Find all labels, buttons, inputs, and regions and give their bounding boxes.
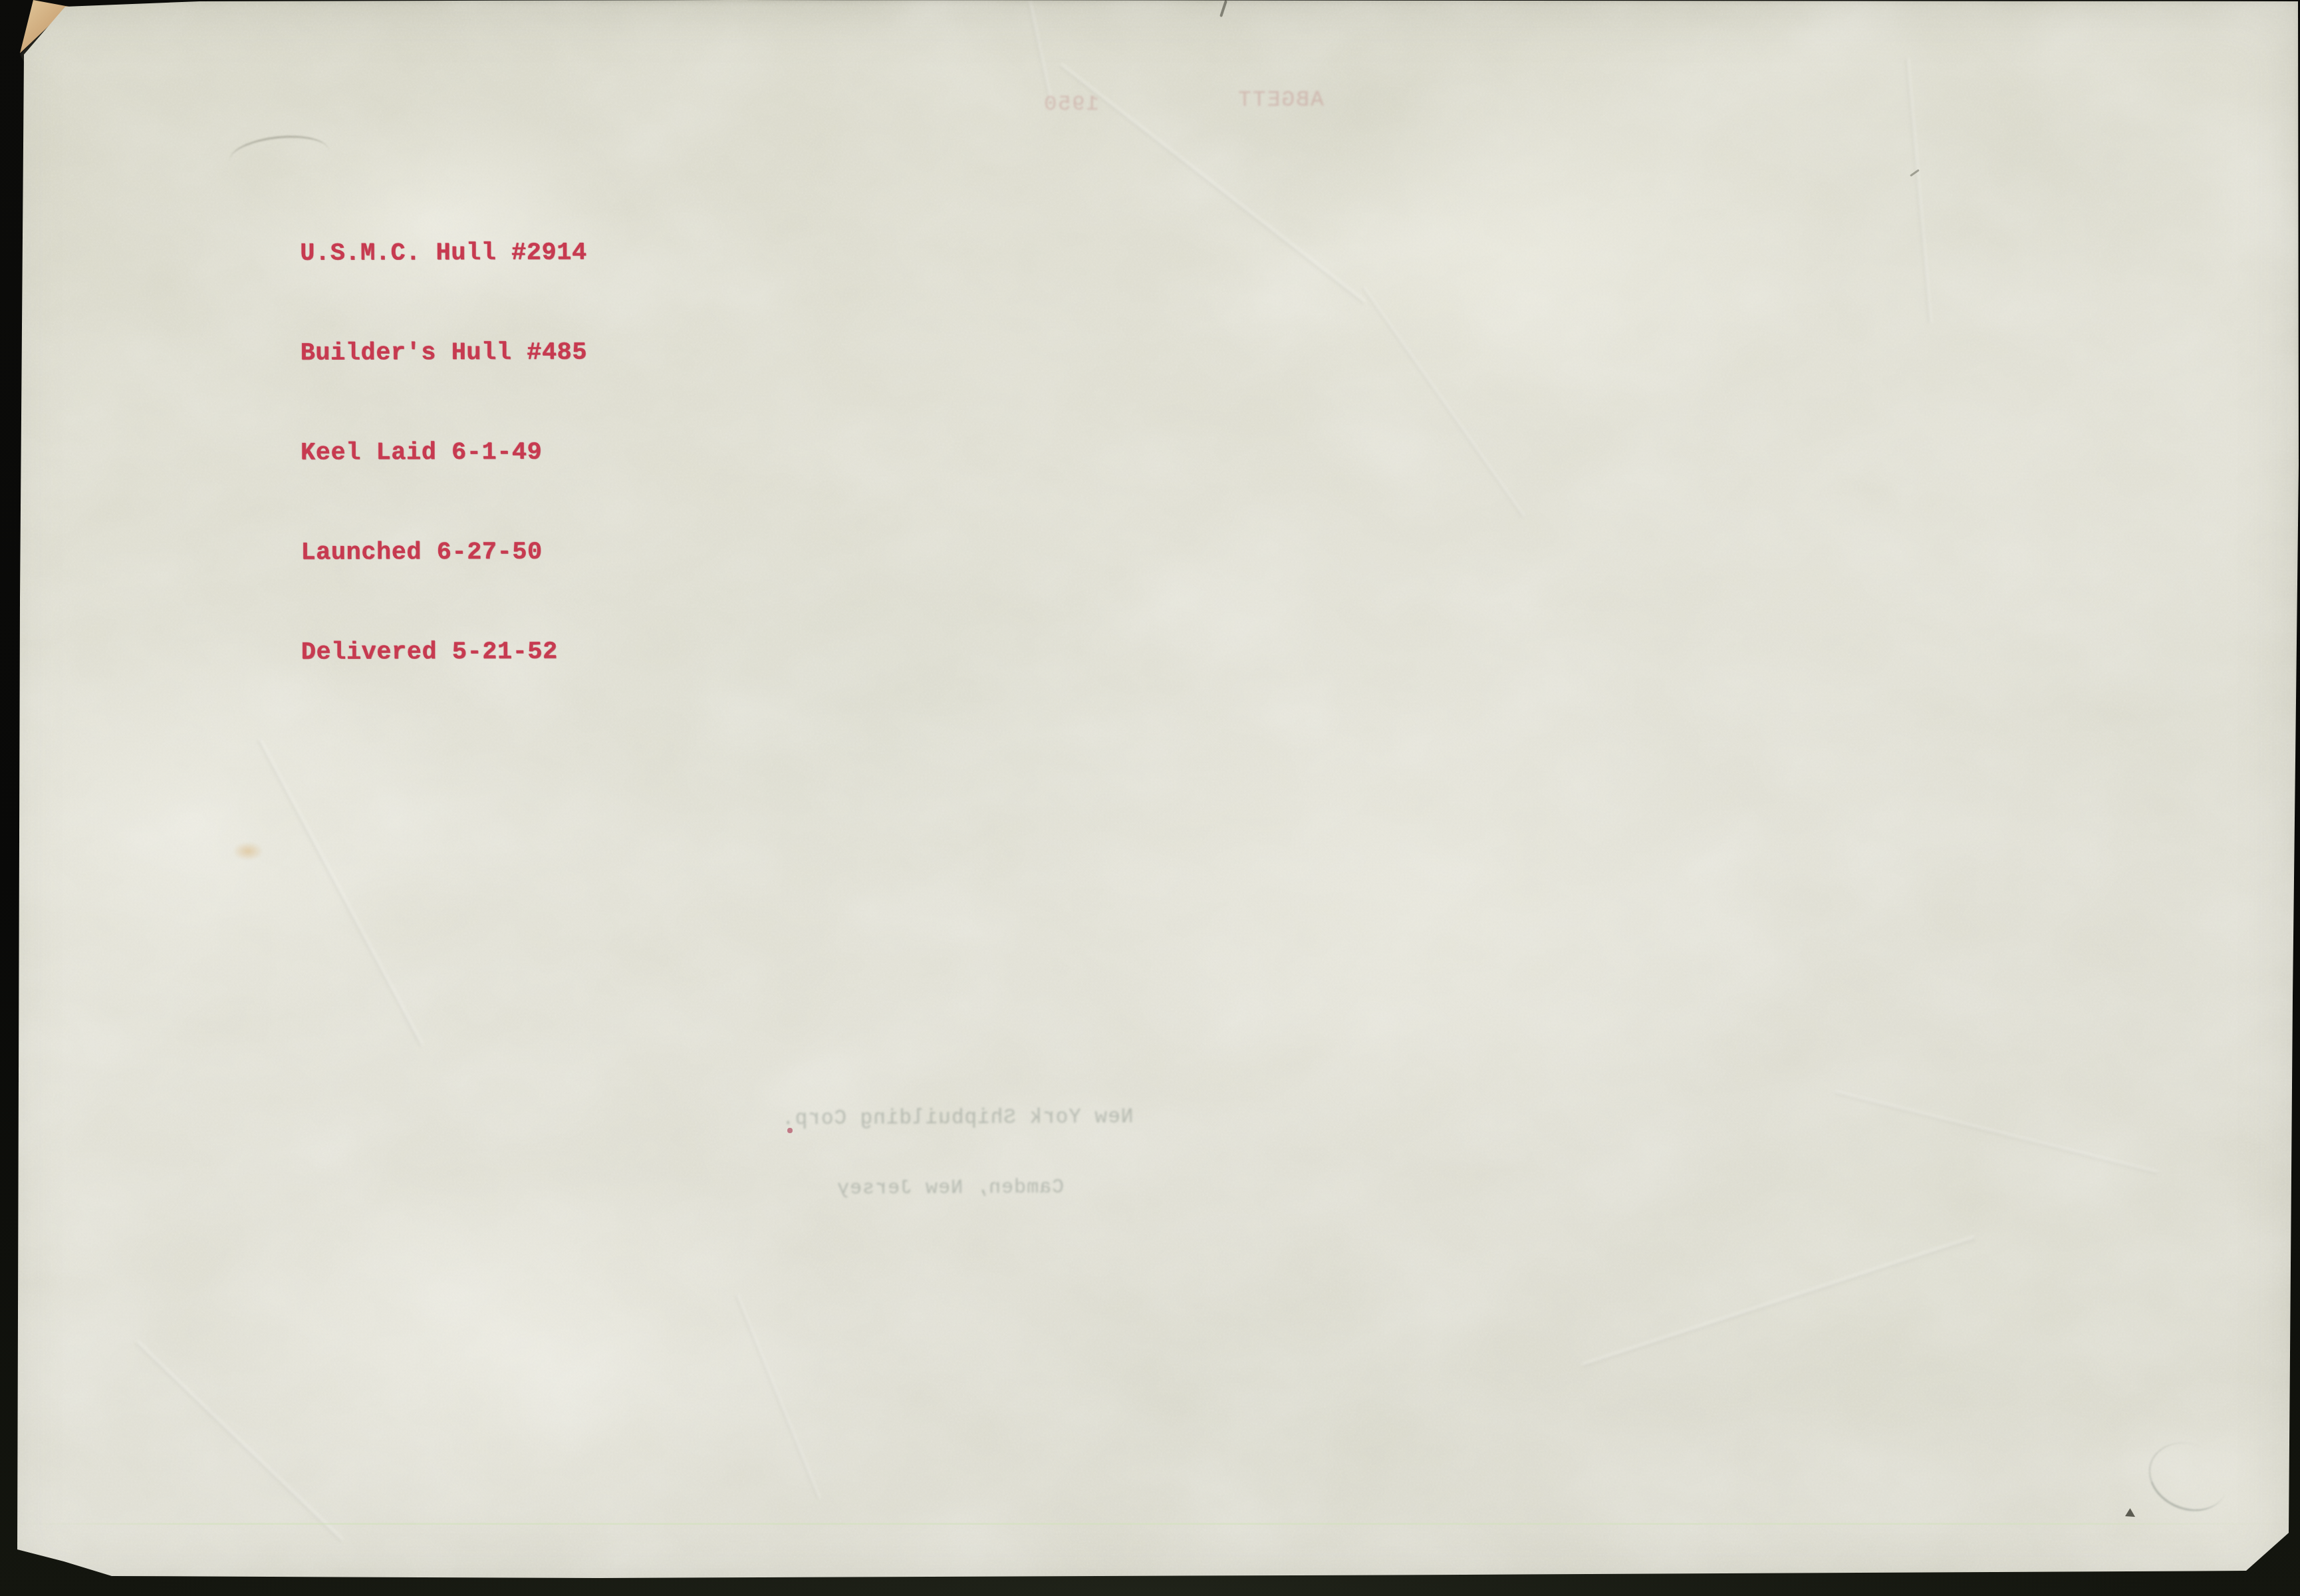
bleed-through-location-text: Camden, New Jersey bbox=[836, 1176, 1064, 1200]
bleed-through-rule-line bbox=[20, 1523, 2287, 1525]
crease-mark bbox=[1582, 1236, 1976, 1367]
orange-stain bbox=[233, 842, 263, 861]
scanner-bed-background: ABGETT 1950 New York Shipbuilding Corp. … bbox=[0, 0, 2300, 1596]
crease-mark bbox=[1835, 1091, 2158, 1174]
fiber-speck bbox=[1219, 0, 1227, 17]
bleed-through-builder-text: New York Shipbuilding Corp. bbox=[781, 1106, 1133, 1131]
bleed-through-stamp-text: ABGETT bbox=[1237, 88, 1324, 113]
pencil-curve-mark bbox=[2138, 1430, 2238, 1523]
crease-mark bbox=[1362, 287, 1525, 517]
fiber-speck bbox=[1910, 169, 1920, 177]
crease-mark bbox=[1059, 64, 1366, 305]
crease-mark bbox=[735, 1295, 821, 1500]
paper-sheet: ABGETT 1950 New York Shipbuilding Corp. … bbox=[0, 0, 2300, 1596]
crease-mark bbox=[1028, 1, 1052, 100]
crease-mark bbox=[257, 739, 423, 1047]
crease-mark bbox=[135, 1341, 343, 1542]
typewritten-line-delivered: Delivered 5-21-52 bbox=[301, 635, 588, 669]
typewritten-line-builders-hull: Builder's Hull #485 bbox=[301, 336, 588, 370]
typewritten-line-usmc-hull: U.S.M.C. Hull #2914 bbox=[300, 236, 587, 270]
red-ink-speck bbox=[787, 1128, 793, 1133]
typewritten-record-block: U.S.M.C. Hull #2914 Builder's Hull #485 … bbox=[300, 170, 588, 735]
bleed-through-year-text: 1950 bbox=[1043, 92, 1099, 116]
typewritten-line-launched: Launched 6-27-50 bbox=[301, 535, 588, 569]
dirt-speck bbox=[2125, 1508, 2135, 1517]
typewritten-line-keel-laid: Keel Laid 6-1-49 bbox=[301, 436, 588, 469]
crease-mark bbox=[1906, 58, 1932, 323]
